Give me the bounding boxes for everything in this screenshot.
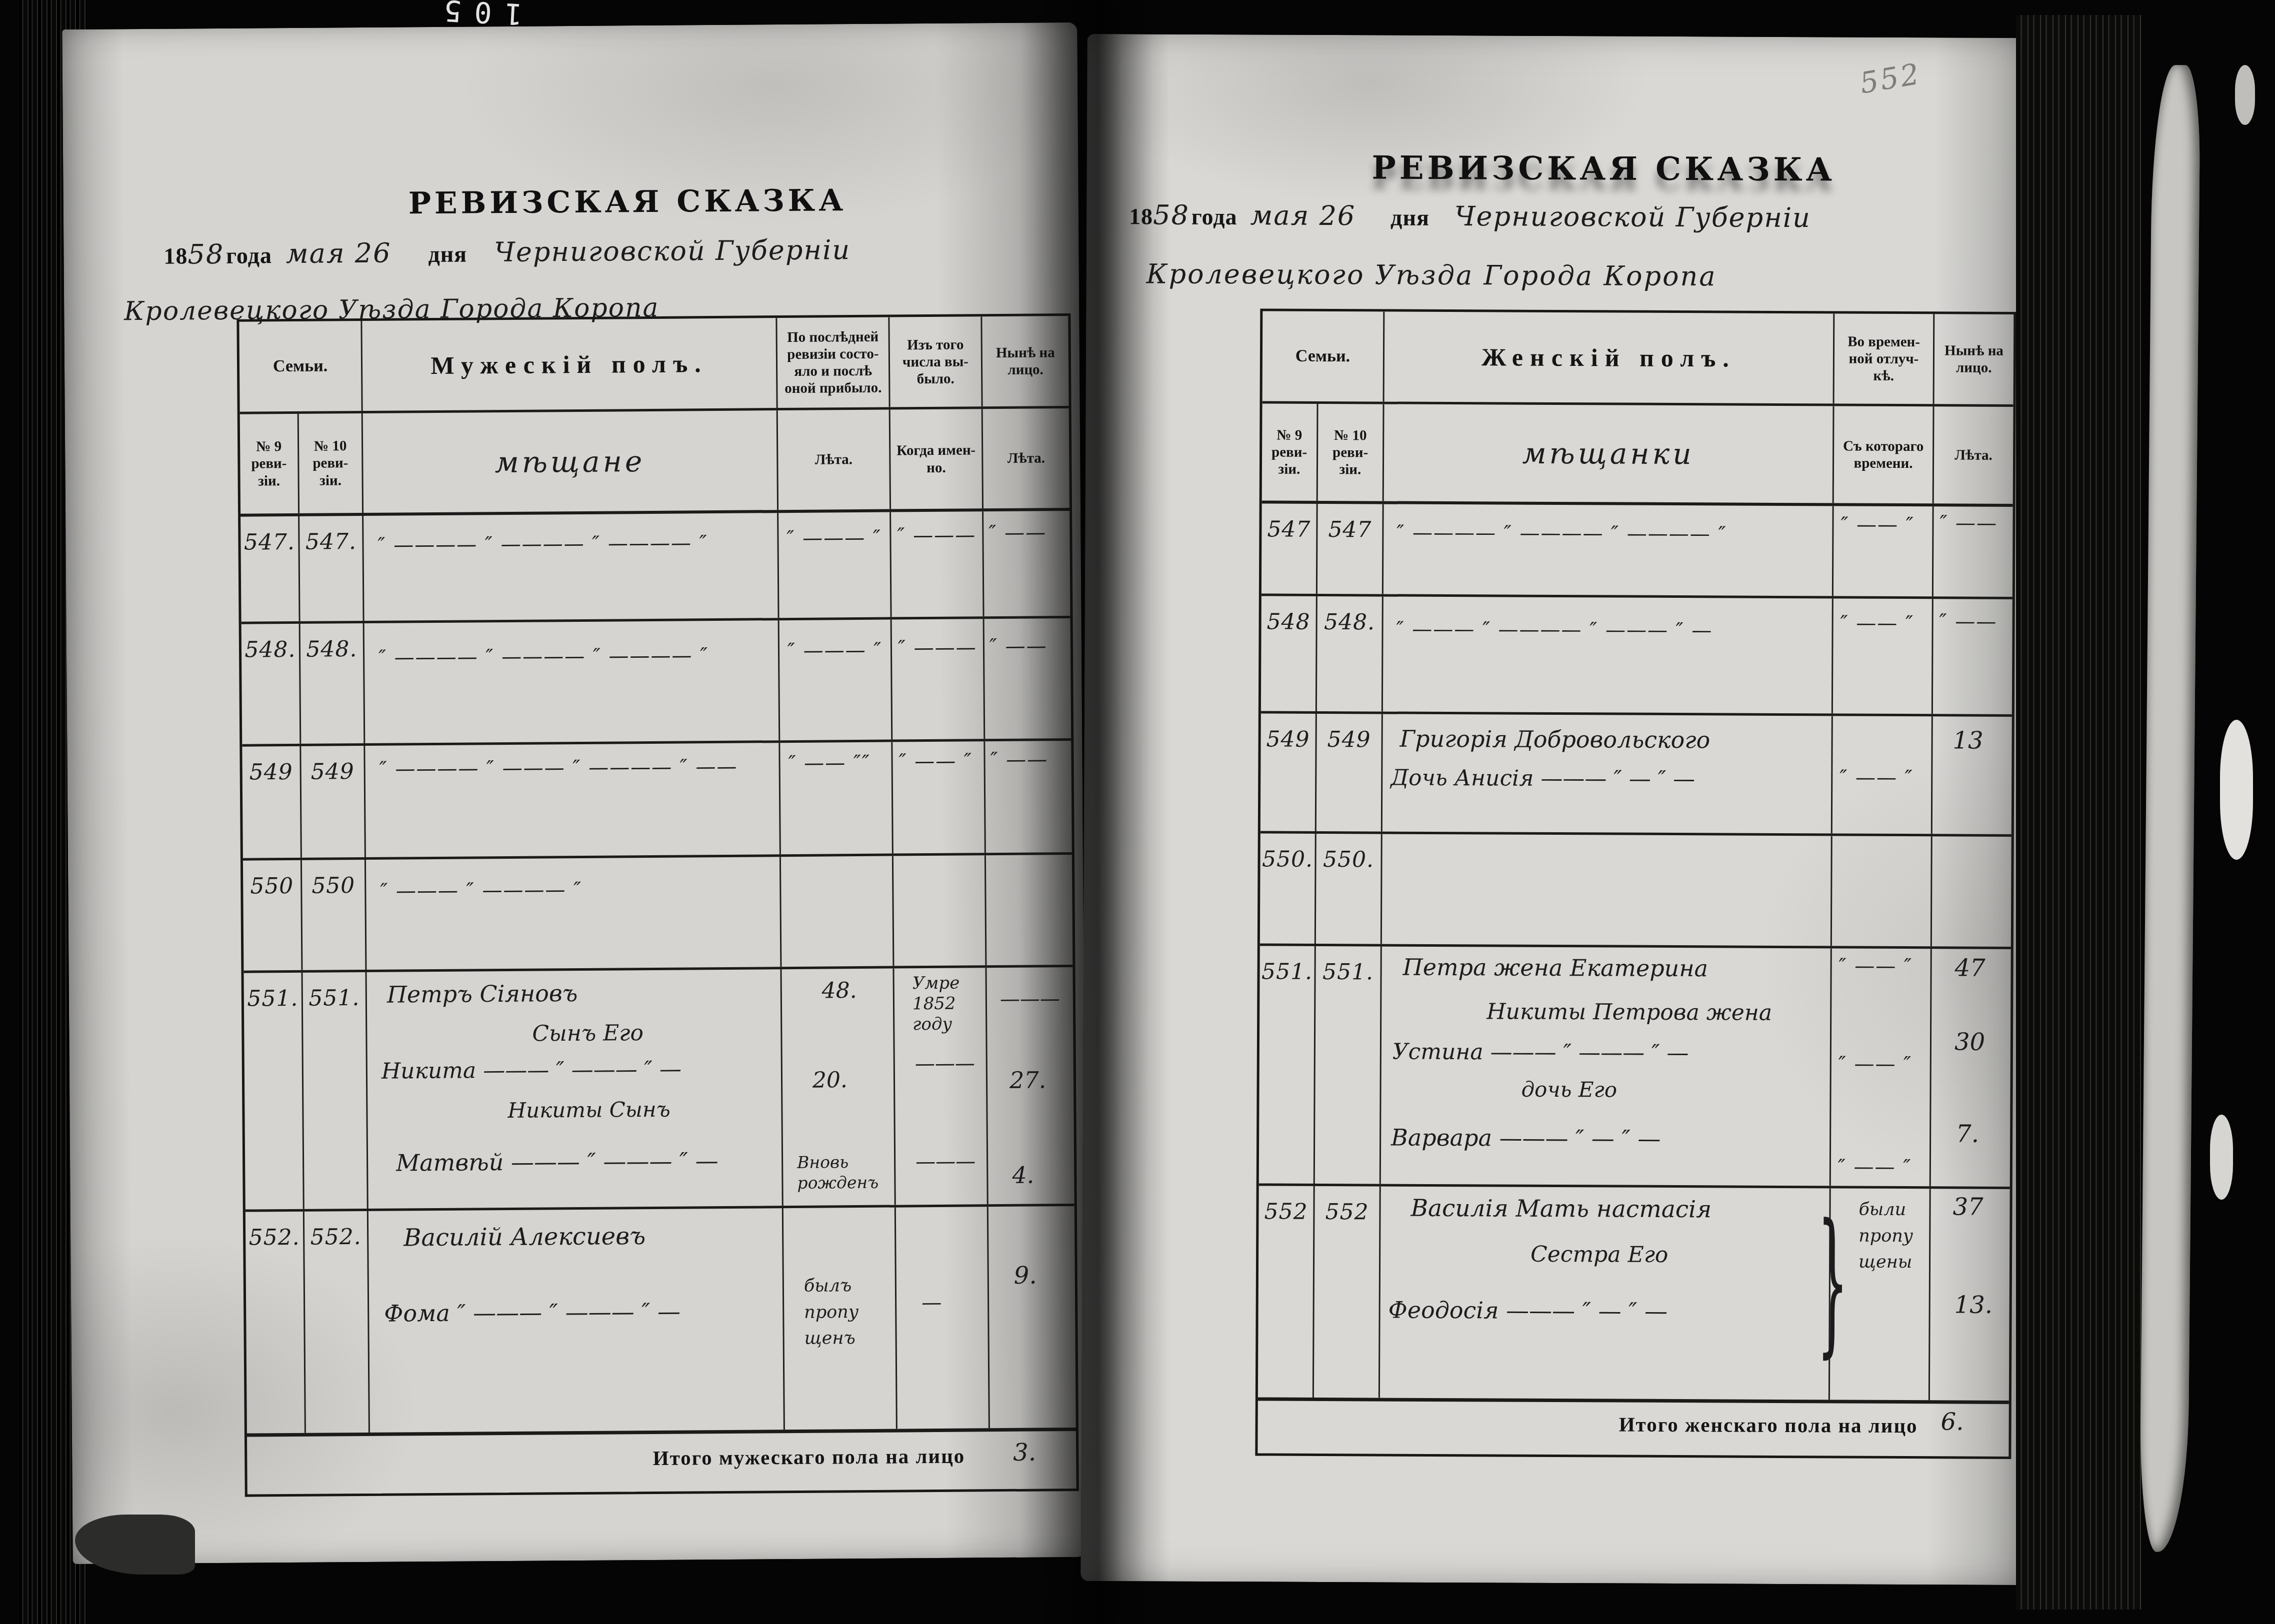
name-cell: ″ ——— ″ ———— ″ [366,857,782,970]
month-day-handwritten: мая 26 [286,237,391,269]
absence-cell [1832,836,1932,946]
name-cell: Василій Алексиевъ Фома ″ ——— ″ ——— ″ — [368,1208,785,1433]
column-header-years-now: Лѣта. [1934,406,2013,504]
rev10-number-cell: 547 [1317,504,1384,594]
year-word: года [226,242,272,268]
age-now-cell: 37 13. [1930,1189,2010,1401]
age-now-cell: ″ —— [984,618,1071,739]
right-page-stack-edge [2016,15,2141,1610]
paper-fragment [2235,65,2255,125]
rev9-number-cell: 548 [1261,596,1317,711]
right-date-line: 1858 года мая 26 дня Черниговской Губерн… [1129,199,1811,233]
name-cell: ″ ———— ″ ——— ″ ———— ″ —— [365,743,781,857]
table-row: 552 552 Василія Мать настасія Сестра Его… [1258,1186,2010,1404]
name-cell: Григорія Добровольского Дочь Анисія ——— … [1382,714,1833,834]
age-cell: ″ ——— ″ [778,512,891,618]
table-row: 551. 551. Петра жена Екатерина Никиты Пе… [1259,946,2011,1189]
right-place-line: Кролевецкого Уѣзда Города Коропа [1146,258,1717,292]
column-header-temporary-absence: Во времен- ной отлуч- кѣ. [1834,313,1935,404]
absence-cell: ″ —— ″ ″ —— ″ ″ —— ″ [1831,948,1932,1186]
year-word: года [1191,204,1237,229]
when-cell: ″ ——— ″ [891,511,984,617]
rev10-number-cell: 552 [1314,1186,1381,1398]
column-header-revision10: № 10 реви- зіи. [1318,404,1384,501]
column-header-family: Семьи. [1262,311,1385,401]
name-cell: ″ ———— ″ ———— ″ ———— ″ [363,513,779,621]
absence-cell: ″ —— ″ [1833,598,1933,714]
column-header-family: Семьи. [239,321,362,412]
grouping-brace: } [1817,1192,1848,1373]
column-header-departed: Изъ того числа вы- было. [889,316,982,407]
column-header-now-present: Нынѣ на лицо. [1934,314,2014,404]
age-now-cell: 9. [988,1206,1076,1428]
name-cell [1382,834,1832,946]
year-handwritten: 58 [1153,199,1189,230]
column-header-female-sex: Женскій полъ. [1384,312,1835,404]
column-header-since-when: Съ котораго времени. [1834,406,1934,503]
when-cell: Умре 1852 году ——— ——— [894,968,988,1205]
rev9-number-cell: 552 [1258,1186,1315,1397]
rev9-number-cell: 549 [1260,713,1317,831]
age-now-cell: ″ —— [1933,599,2012,714]
age-cell: ″ ——— ″ [779,620,893,741]
right-page-title: РЕВИЗСКАЯ СКАЗКА [1371,149,1835,188]
female-total-label: Итого женскаго пола на лицо [1257,1401,1929,1456]
rev10-number-cell: 549 [1316,714,1383,832]
age-now-cell: 13 [1932,716,2012,834]
rev10-number-cell: 550. [1316,834,1382,944]
year-handwritten: 58 [187,238,224,270]
age-cell: былъ пропу щенъ [783,1208,897,1430]
rev10-number-cell: 552. [304,1211,370,1433]
table-row: 547. 547. ″ ———— ″ ———— ″ ———— ″ ″ ——— ″… [240,511,1070,624]
age-cell [781,856,894,967]
left-page-title: РЕВИЗСКАЯ СКАЗКА [408,183,847,221]
age-now-cell: ″ —— [1933,506,2013,597]
table-row: 551. 551. Петръ Сіяновъ Сынъ Его Никита … [243,967,1074,1212]
column-header-revision9: № 9 реви- зіи. [240,414,299,514]
photographed-book-spread: 105 РЕВИЗСКАЯ СКАЗКА 1858 года мая 26 дн… [0,0,2275,1624]
rev9-number-cell: 550 [243,860,303,971]
table-row: 550. 550. [1260,833,2011,949]
when-cell: ″ ——— ″ [892,619,985,739]
name-cell: Василія Мать настасія Сестра Его Феодосі… [1380,1186,1831,1400]
rev10-number-cell: 551. [302,972,368,1209]
province-handwritten: Черниговской Губерніи [1454,200,1811,233]
left-date-line: 1858 года мая 26 дня Черниговской Губерн… [163,234,850,270]
when-cell: — [896,1207,990,1429]
page-corner-curl [75,1515,195,1575]
day-word: дня [1390,205,1429,230]
rev9-number-cell: 550. [1260,833,1316,943]
column-header-years: Лѣта. [778,410,891,510]
rev9-number-cell: 551. [1259,946,1316,1183]
table-row: 549 549 Григорія Добровольского Дочь Ани… [1260,713,2012,837]
table-row: 550 550 ″ ——— ″ ———— ″ [243,855,1073,973]
right-page: 552 РЕВИЗСКАЯ СКАЗКА 1858 года мая 26 дн… [1080,34,2028,1585]
right-table: Семьи. Женскій полъ. Во времен- ной отлу… [1255,308,2016,1459]
province-handwritten: Черниговской Губерніи [494,234,850,268]
name-cell: ″ ——— ″ ———— ″ ——— ″ — [1383,597,1833,714]
left-header-row-sub: № 9 реви- зіи. № 10 реви- зіи. мѣщане Лѣ… [240,408,1069,517]
when-cell: ″ —— ″ [892,741,986,853]
age-now-cell [986,855,1073,965]
right-header-row-sub: № 9 реви- зіи. № 10 реви- зіи. мѣщанки С… [1262,403,2013,507]
absence-cell: ″ —— ″ [1833,506,1934,596]
age-cell: 48. 20. Вновь рожденъ [781,969,895,1206]
left-table: Семьи. Мужескій полъ. По послѣдней ревиз… [236,313,1078,1497]
age-now-cell: ″ —— [983,511,1070,616]
rev10-number-cell: 551. [1315,946,1382,1184]
place-handwritten: Кролевецкого Уѣзда Города Коропа [1146,258,1717,292]
absence-cell: ″ —— ″ [1832,716,1933,834]
name-cell: Петра жена Екатерина Никиты Петрова жена… [1381,946,1832,1186]
torn-page-strip [2139,65,2200,1553]
right-summary-row: Итого женскаго пола на лицо 6. [1257,1401,2008,1457]
age-now-cell: ——— 27. 4. [986,967,1074,1204]
right-header-row-groups: Семьи. Женскій полъ. Во времен- ной отлу… [1262,311,2014,407]
rev10-number-cell: 549 [301,746,366,858]
column-header-when-exactly: Когда имен- но. [890,409,983,509]
age-now-cell [1932,836,2011,947]
day-word: дня [428,241,467,267]
pencil-page-number: 552 [1857,56,1923,100]
rev9-number-cell: 549 [242,746,302,858]
left-page: РЕВИЗСКАЯ СКАЗКА 1858 года мая 26 дня Че… [62,22,1087,1564]
rev10-number-cell: 550 [302,860,367,970]
table-row: 552. 552. Василій Алексиевъ Фома ″ ——— ″… [245,1206,1076,1437]
left-category-handwritten: мѣщане [363,410,778,513]
rev10-number-cell: 548. [1317,596,1383,712]
table-row: 548. 548. ″ ———— ″ ———— ″ ———— ″ ″ ——— ″… [241,618,1071,747]
paper-fragment [2220,720,2253,860]
male-total-value: 3. [990,1431,1076,1489]
name-cell: Петръ Сіяновъ Сынъ Его Никита ——— ″ ——— … [366,969,783,1209]
male-total-label: Итого мужескаго пола на лицо [247,1432,990,1494]
age-now-cell: 47 30 7. [1931,949,2011,1187]
column-header-revision9: № 9 реви- зіи. [1262,403,1318,500]
left-summary-row: Итого мужескаго пола на лицо 3. [247,1431,1076,1495]
column-header-now-present: Нынѣ на лицо. [982,316,1068,406]
rev9-number-cell: 547. [240,516,300,622]
right-category-handwritten: мѣщанки [1384,404,1834,503]
column-header-last-revision: По послѣдней ревизіи состо- яло и послѣ … [777,317,890,408]
age-now-cell: ″ —— [985,741,1072,853]
left-header-row-groups: Семьи. Мужескій полъ. По послѣдней ревиз… [239,316,1068,414]
rev9-number-cell: 548. [241,624,301,744]
column-header-male-sex: Мужескій полъ. [362,318,777,411]
age-cell: ″ —— ″″ [780,742,893,855]
month-day-handwritten: мая 26 [1250,199,1355,231]
paper-fragment [2210,1115,2233,1200]
rev9-number-cell: 547 [1261,503,1318,593]
name-cell: ″ ———— ″ ———— ″ ———— ″ [1383,504,1834,596]
table-row: 547 547 ″ ———— ″ ———— ″ ———— ″ ″ —— ″ ″ … [1261,503,2013,599]
absence-cell: } были пропу щены [1830,1188,1931,1400]
year-prefix-printed: 18 [163,243,187,268]
table-row: 549 549 ″ ———— ″ ——— ″ ———— ″ —— ″ —— ″″… [242,741,1072,861]
female-total-value: 6. [1929,1404,2008,1457]
column-header-revision10: № 10 реви- зіи. [299,413,363,513]
column-header-years-now: Лѣта. [983,408,1069,508]
rev9-number-cell: 552. [245,1212,306,1434]
when-cell [893,855,987,966]
rev10-number-cell: 547. [299,516,364,621]
table-row: 548 548. ″ ——— ″ ———— ″ ——— ″ — ″ —— ″ ″… [1261,596,2012,717]
year-prefix-printed: 18 [1129,203,1153,229]
rev10-number-cell: 548. [300,623,365,744]
name-cell: ″ ———— ″ ———— ″ ———— ″ [364,620,780,743]
rev9-number-cell: 551. [243,973,304,1210]
